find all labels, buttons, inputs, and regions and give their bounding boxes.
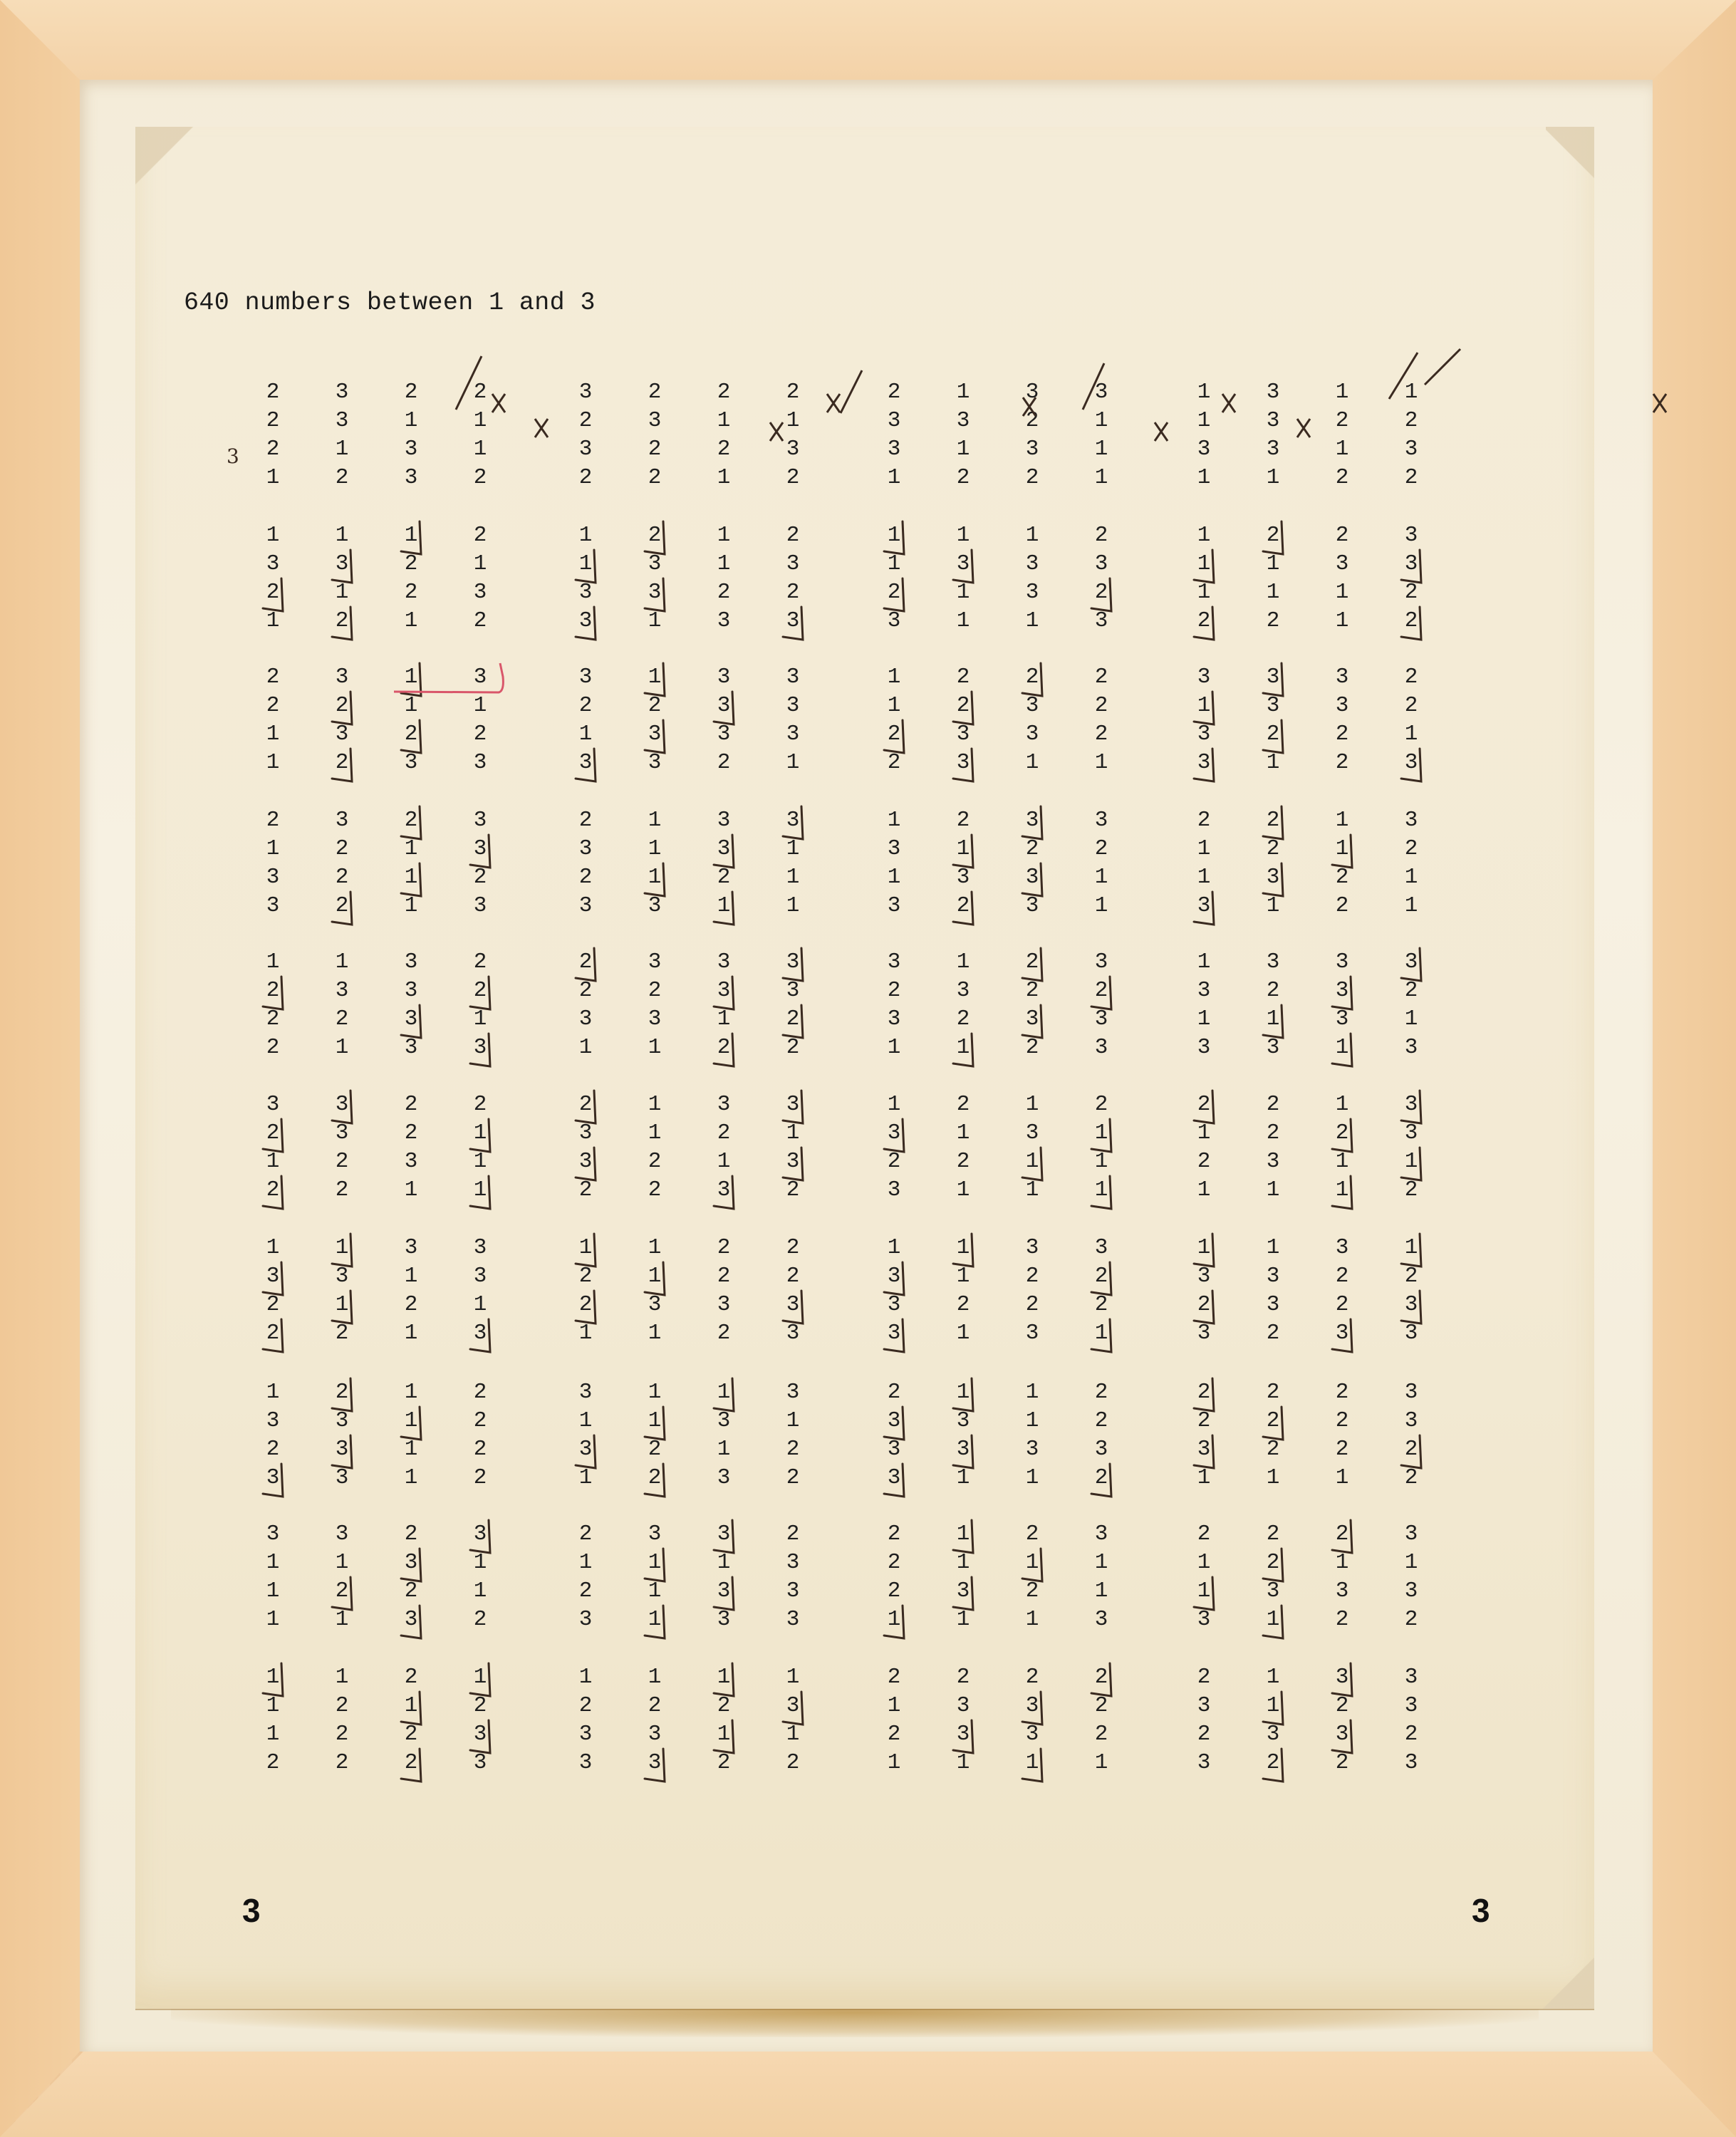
grid-number: 2: [469, 979, 491, 1002]
grid-number: 3: [1022, 1438, 1043, 1460]
grid-number: 1: [262, 1381, 284, 1403]
grid-number: 1: [782, 866, 804, 888]
grid-number: 3: [1091, 553, 1112, 575]
grid-number: 2: [331, 895, 353, 917]
grid-number: 3: [883, 951, 905, 973]
grid-number: 1: [782, 895, 804, 917]
grid-number: 1: [1193, 951, 1215, 973]
grid-number: 3: [331, 553, 353, 575]
grid-number: 1: [469, 1150, 491, 1173]
grid-number: 1: [1262, 467, 1284, 489]
grid-number: 3: [469, 895, 491, 917]
grid-number: 3: [1091, 1438, 1112, 1460]
frame-bottom-rail: [0, 2052, 1736, 2137]
grid-number: 1: [262, 1237, 284, 1259]
grid-number: 1: [1262, 752, 1284, 774]
grid-number: 3: [1091, 1008, 1112, 1030]
grid-number: 2: [1091, 1723, 1112, 1745]
grid-number: 3: [782, 695, 804, 717]
grid-number: 3: [883, 1467, 905, 1489]
grid-number: 1: [1193, 1237, 1215, 1259]
grid-number: 3: [575, 838, 596, 860]
grid-number: 2: [331, 1695, 353, 1717]
grid-number: 2: [1400, 838, 1422, 860]
grid-number: 2: [1331, 1410, 1353, 1432]
grid-number: 3: [331, 1093, 353, 1116]
frame-right-rail: [1653, 0, 1736, 2137]
grid-number: 3: [713, 1608, 734, 1631]
grid-number: 1: [644, 1122, 665, 1144]
grid-number: 1: [1262, 1666, 1284, 1688]
grid-number: 1: [1400, 723, 1422, 745]
grid-number: 1: [1022, 1179, 1043, 1201]
grid-number: 1: [575, 723, 596, 745]
grid-number: 2: [952, 1008, 974, 1030]
grid-number: 1: [883, 1695, 905, 1717]
grid-number: 1: [644, 1410, 665, 1432]
grid-number: 2: [1262, 1523, 1284, 1545]
grid-number: 1: [644, 809, 665, 831]
grid-number: 2: [952, 467, 974, 489]
grid-number: 1: [331, 951, 353, 973]
grid-number: 2: [1193, 1723, 1215, 1745]
grid-number: 2: [782, 1523, 804, 1545]
grid-number: 1: [713, 524, 734, 546]
grid-number: 1: [1022, 1608, 1043, 1631]
grid-number: 3: [883, 410, 905, 432]
grid-number: 2: [262, 695, 284, 717]
grid-number: 1: [1022, 752, 1043, 774]
grid-number: 1: [1091, 1580, 1112, 1602]
grid-number: 2: [782, 1438, 804, 1460]
grid-number: 2: [400, 1523, 422, 1545]
grid-number: 3: [331, 666, 353, 688]
grid-number: 2: [1091, 695, 1112, 717]
grid-number: 3: [331, 1438, 353, 1460]
grid-number: 2: [469, 866, 491, 888]
grid-number: 1: [713, 1381, 734, 1403]
grid-number: 3: [644, 553, 665, 575]
grid-number: 2: [782, 1179, 804, 1201]
grid-number: 3: [713, 1467, 734, 1489]
grid-number: 1: [644, 1093, 665, 1116]
grid-number: 2: [1022, 951, 1043, 973]
grid-number: 2: [1331, 866, 1353, 888]
grid-number: 2: [952, 895, 974, 917]
grid-number: 3: [1193, 1752, 1215, 1774]
grid-number: 2: [1331, 1523, 1353, 1545]
grid-number: 3: [262, 1265, 284, 1287]
grid-number: 3: [713, 610, 734, 632]
grid-number: 2: [469, 1438, 491, 1460]
grid-number: 2: [644, 467, 665, 489]
grid-number: 2: [331, 1008, 353, 1030]
grid-number: 2: [713, 1122, 734, 1144]
grid-number: 2: [1193, 1666, 1215, 1688]
grid-number: 1: [1193, 553, 1215, 575]
grid-number: 2: [713, 1237, 734, 1259]
grid-number: 3: [1400, 1122, 1422, 1144]
grid-number: 1: [469, 438, 491, 460]
grid-number: 3: [1262, 866, 1284, 888]
grid-number: 2: [713, 1322, 734, 1344]
grid-number: 2: [952, 695, 974, 717]
grid-number: 2: [262, 809, 284, 831]
grid-number: 1: [1331, 838, 1353, 860]
grid-number: 3: [952, 1580, 974, 1602]
grid-number: 1: [644, 1322, 665, 1344]
grid-number: 3: [1091, 610, 1112, 632]
grid-number: 1: [1331, 809, 1353, 831]
grid-number: 1: [883, 809, 905, 831]
grid-number: 1: [400, 1410, 422, 1432]
typewritten-sheet: [135, 127, 1594, 2009]
grid-number: 1: [469, 1666, 491, 1688]
grid-number: 1: [575, 1322, 596, 1344]
grid-number: 1: [1262, 895, 1284, 917]
grid-number: 2: [883, 979, 905, 1002]
grid-number: 1: [1193, 467, 1215, 489]
grid-number: 3: [1331, 951, 1353, 973]
grid-number: 2: [1091, 666, 1112, 688]
grid-number: 2: [713, 581, 734, 603]
grid-number: 2: [782, 1237, 804, 1259]
grid-number: 1: [644, 1237, 665, 1259]
grid-number: 2: [1400, 610, 1422, 632]
grid-number: 3: [1262, 1036, 1284, 1059]
grid-number: 3: [644, 410, 665, 432]
grid-number: 1: [1400, 1008, 1422, 1030]
grid-number: 3: [1331, 695, 1353, 717]
grid-number: 3: [400, 438, 422, 460]
grid-number: 3: [1091, 809, 1112, 831]
grid-number: 2: [1022, 1580, 1043, 1602]
grid-number: 1: [952, 1551, 974, 1574]
grid-number: 2: [883, 1723, 905, 1745]
grid-number: 3: [400, 979, 422, 1002]
grid-number: 3: [713, 1410, 734, 1432]
grid-number: 3: [782, 979, 804, 1002]
grid-number: 2: [1193, 1523, 1215, 1545]
grid-number: 1: [883, 1237, 905, 1259]
grid-number: 1: [644, 1036, 665, 1059]
grid-number: 1: [883, 467, 905, 489]
grid-number: 1: [883, 553, 905, 575]
grid-number: 1: [644, 1551, 665, 1574]
grid-number: 3: [575, 1608, 596, 1631]
grid-number: 1: [1193, 524, 1215, 546]
grid-number: 1: [713, 1008, 734, 1030]
grid-number: 2: [1262, 979, 1284, 1002]
grid-number: 1: [400, 610, 422, 632]
grid-number: 2: [782, 1008, 804, 1030]
grid-number: 3: [1400, 1695, 1422, 1717]
grid-number: 3: [575, 1438, 596, 1460]
grid-number: 3: [782, 1093, 804, 1116]
grid-number: 2: [883, 1523, 905, 1545]
grid-number: 1: [1262, 1467, 1284, 1489]
grid-number: 2: [469, 951, 491, 973]
grid-number: 1: [883, 1608, 905, 1631]
grid-number: 3: [713, 1580, 734, 1602]
grid-number: 3: [575, 438, 596, 460]
grid-number: 1: [952, 951, 974, 973]
grid-number: 2: [331, 752, 353, 774]
grid-number: 3: [713, 838, 734, 860]
grid-number: 3: [400, 1036, 422, 1059]
grid-number: 2: [1091, 838, 1112, 860]
grid-number: 2: [400, 1666, 422, 1688]
grid-number: 1: [1091, 1179, 1112, 1201]
grid-number: 3: [1022, 581, 1043, 603]
grid-number: 3: [1331, 666, 1353, 688]
grid-number: 3: [883, 1294, 905, 1316]
grid-number: 2: [1091, 1265, 1112, 1287]
grid-number: 2: [952, 1666, 974, 1688]
grid-number: 3: [331, 979, 353, 1002]
grid-number: 2: [713, 866, 734, 888]
grid-number: 1: [575, 1551, 596, 1574]
grid-number: 1: [1331, 1467, 1353, 1489]
grid-number: 2: [262, 438, 284, 460]
grid-number: 2: [331, 610, 353, 632]
grid-number: 2: [952, 1294, 974, 1316]
grid-number: 2: [400, 1752, 422, 1774]
grid-number: 3: [1331, 979, 1353, 1002]
grid-number: 1: [331, 1237, 353, 1259]
grid-number: 2: [1193, 1150, 1215, 1173]
grid-number: 2: [1400, 581, 1422, 603]
grid-number: 3: [1262, 951, 1284, 973]
grid-number: 2: [575, 809, 596, 831]
grid-number: 1: [469, 410, 491, 432]
grid-number: 3: [1193, 438, 1215, 460]
grid-number: 1: [331, 1666, 353, 1688]
grid-number: 2: [644, 524, 665, 546]
grid-number: 1: [644, 1265, 665, 1287]
grid-number: 2: [1091, 1666, 1112, 1688]
grid-number: 1: [262, 610, 284, 632]
grid-number: 3: [331, 1410, 353, 1432]
grid-number: 3: [575, 581, 596, 603]
grid-number: 3: [782, 1294, 804, 1316]
grid-number: 3: [883, 1410, 905, 1432]
grid-number: 1: [1331, 581, 1353, 603]
grid-number: 1: [952, 581, 974, 603]
grid-number: 2: [1262, 809, 1284, 831]
grid-number: 2: [400, 581, 422, 603]
grid-number: 1: [1193, 695, 1215, 717]
grid-number: 3: [952, 979, 974, 1002]
grid-number: 2: [400, 809, 422, 831]
grid-number: 2: [1091, 1410, 1112, 1432]
grid-number: 2: [575, 695, 596, 717]
grid-number: 2: [262, 1322, 284, 1344]
grid-number: 3: [400, 467, 422, 489]
grid-number: 1: [262, 1608, 284, 1631]
grid-number: 1: [644, 1580, 665, 1602]
grid-number: 3: [644, 752, 665, 774]
grid-number: 3: [1400, 951, 1422, 973]
grid-number: 2: [644, 381, 665, 403]
grid-number: 3: [952, 553, 974, 575]
grid-number: 1: [1022, 610, 1043, 632]
grid-number: 2: [713, 438, 734, 460]
grid-number: 3: [575, 610, 596, 632]
grid-number: 1: [1400, 1551, 1422, 1574]
grid-number: 2: [883, 1580, 905, 1602]
grid-number: 3: [1262, 410, 1284, 432]
grid-number: 2: [469, 1695, 491, 1717]
grid-number: 2: [1400, 1608, 1422, 1631]
grid-number: 1: [782, 752, 804, 774]
grid-number: 1: [1262, 1008, 1284, 1030]
grid-number: 3: [575, 381, 596, 403]
grid-number: 1: [262, 1150, 284, 1173]
grid-number: 2: [400, 381, 422, 403]
grid-number: 1: [1022, 1150, 1043, 1173]
grid-number: 2: [469, 524, 491, 546]
grid-number: 2: [262, 1122, 284, 1144]
grid-number: 3: [331, 723, 353, 745]
grid-number: 3: [952, 410, 974, 432]
grid-number: 2: [1262, 1410, 1284, 1432]
grid-number: 1: [400, 895, 422, 917]
grid-number: 3: [1091, 951, 1112, 973]
grid-number: 2: [1262, 723, 1284, 745]
grid-number: 1: [644, 1381, 665, 1403]
grid-number: 3: [1193, 895, 1215, 917]
grid-number: 3: [1022, 1723, 1043, 1745]
grid-number: 2: [1022, 838, 1043, 860]
grid-number: 2: [1262, 1438, 1284, 1460]
grid-number: 3: [644, 1723, 665, 1745]
grid-number: 2: [1022, 1265, 1043, 1287]
grid-number: 2: [575, 1265, 596, 1287]
grid-number: 1: [1400, 1150, 1422, 1173]
grid-number: 1: [883, 1036, 905, 1059]
grid-number: 3: [883, 1122, 905, 1144]
grid-number: 1: [952, 524, 974, 546]
grid-number: 2: [952, 1150, 974, 1173]
grid-number: 3: [952, 866, 974, 888]
grid-number: 2: [1193, 1410, 1215, 1432]
grid-number: 1: [400, 838, 422, 860]
grid-number: 3: [469, 838, 491, 860]
grid-number: 2: [1091, 581, 1112, 603]
grid-number: 2: [1022, 1666, 1043, 1688]
grid-number: 3: [1022, 809, 1043, 831]
grid-number: 2: [331, 838, 353, 860]
grid-number: 1: [262, 951, 284, 973]
grid-number: 3: [331, 1122, 353, 1144]
grid-number: 2: [1262, 838, 1284, 860]
grid-number: 3: [1331, 1322, 1353, 1344]
grid-number: 2: [1262, 1122, 1284, 1144]
grid-number: 3: [1193, 1608, 1215, 1631]
grid-number: 1: [782, 838, 804, 860]
grid-number: 2: [1331, 752, 1353, 774]
grid-number: 1: [1022, 1551, 1043, 1574]
grid-number: 2: [331, 1580, 353, 1602]
grid-number: 1: [782, 410, 804, 432]
grid-number: 3: [469, 1723, 491, 1745]
grid-number: 2: [575, 1093, 596, 1116]
grid-number: 3: [1331, 553, 1353, 575]
grid-number: 3: [883, 1179, 905, 1201]
grid-number: 2: [1091, 1381, 1112, 1403]
grid-number: 3: [575, 1008, 596, 1030]
grid-number: 3: [883, 610, 905, 632]
grid-number: 3: [331, 381, 353, 403]
grid-number: 2: [331, 1752, 353, 1774]
grid-number: 3: [713, 1523, 734, 1545]
grid-number: 3: [883, 895, 905, 917]
grid-number: 3: [469, 1265, 491, 1287]
grid-number: 1: [1193, 581, 1215, 603]
grid-number: 2: [644, 1438, 665, 1460]
grid-number: 1: [1091, 410, 1112, 432]
grid-number: 2: [1022, 666, 1043, 688]
grid-number: 2: [1022, 1036, 1043, 1059]
grid-number: 3: [1262, 438, 1284, 460]
grid-number: 1: [1022, 1093, 1043, 1116]
grid-number: 3: [1022, 723, 1043, 745]
grid-number: 1: [1193, 1008, 1215, 1030]
grid-number: 2: [1400, 1438, 1422, 1460]
grid-number: 3: [1022, 381, 1043, 403]
grid-number: 1: [1022, 524, 1043, 546]
grid-number: 3: [782, 723, 804, 745]
grid-number: 3: [1400, 1410, 1422, 1432]
grid-number: 2: [1022, 979, 1043, 1002]
grid-number: 3: [883, 1265, 905, 1287]
grid-number: 3: [644, 1008, 665, 1030]
grid-number: 3: [1400, 809, 1422, 831]
grid-number: 1: [1193, 1179, 1215, 1201]
grid-number: 1: [575, 1410, 596, 1432]
grid-number: 1: [400, 1265, 422, 1287]
grid-number: 1: [1331, 1179, 1353, 1201]
grid-number: 3: [262, 866, 284, 888]
grid-number: 3: [883, 1322, 905, 1344]
grid-number: 2: [1331, 1381, 1353, 1403]
grid-number: 2: [575, 951, 596, 973]
grid-number: 1: [469, 695, 491, 717]
grid-number: 1: [331, 1294, 353, 1316]
grid-number: 2: [883, 1150, 905, 1173]
grid-number: 3: [1331, 1237, 1353, 1259]
grid-number: 1: [400, 524, 422, 546]
grid-number: 2: [1022, 467, 1043, 489]
grid-number: 1: [262, 838, 284, 860]
grid-number: 1: [1331, 1093, 1353, 1116]
grid-number: 3: [952, 723, 974, 745]
grid-number: 2: [262, 1438, 284, 1460]
grid-number: 3: [400, 1237, 422, 1259]
grid-number: 1: [782, 1410, 804, 1432]
grid-number: 1: [1091, 1551, 1112, 1574]
grid-number: 2: [400, 1294, 422, 1316]
grid-number: 3: [713, 666, 734, 688]
grid-number: 1: [952, 438, 974, 460]
grid-number: 3: [952, 1723, 974, 1745]
grid-number: 2: [1331, 467, 1353, 489]
grid-number: 3: [262, 1467, 284, 1489]
grid-number: 3: [1400, 1093, 1422, 1116]
grid-number: 1: [1262, 1179, 1284, 1201]
grid-number: 2: [1331, 524, 1353, 546]
